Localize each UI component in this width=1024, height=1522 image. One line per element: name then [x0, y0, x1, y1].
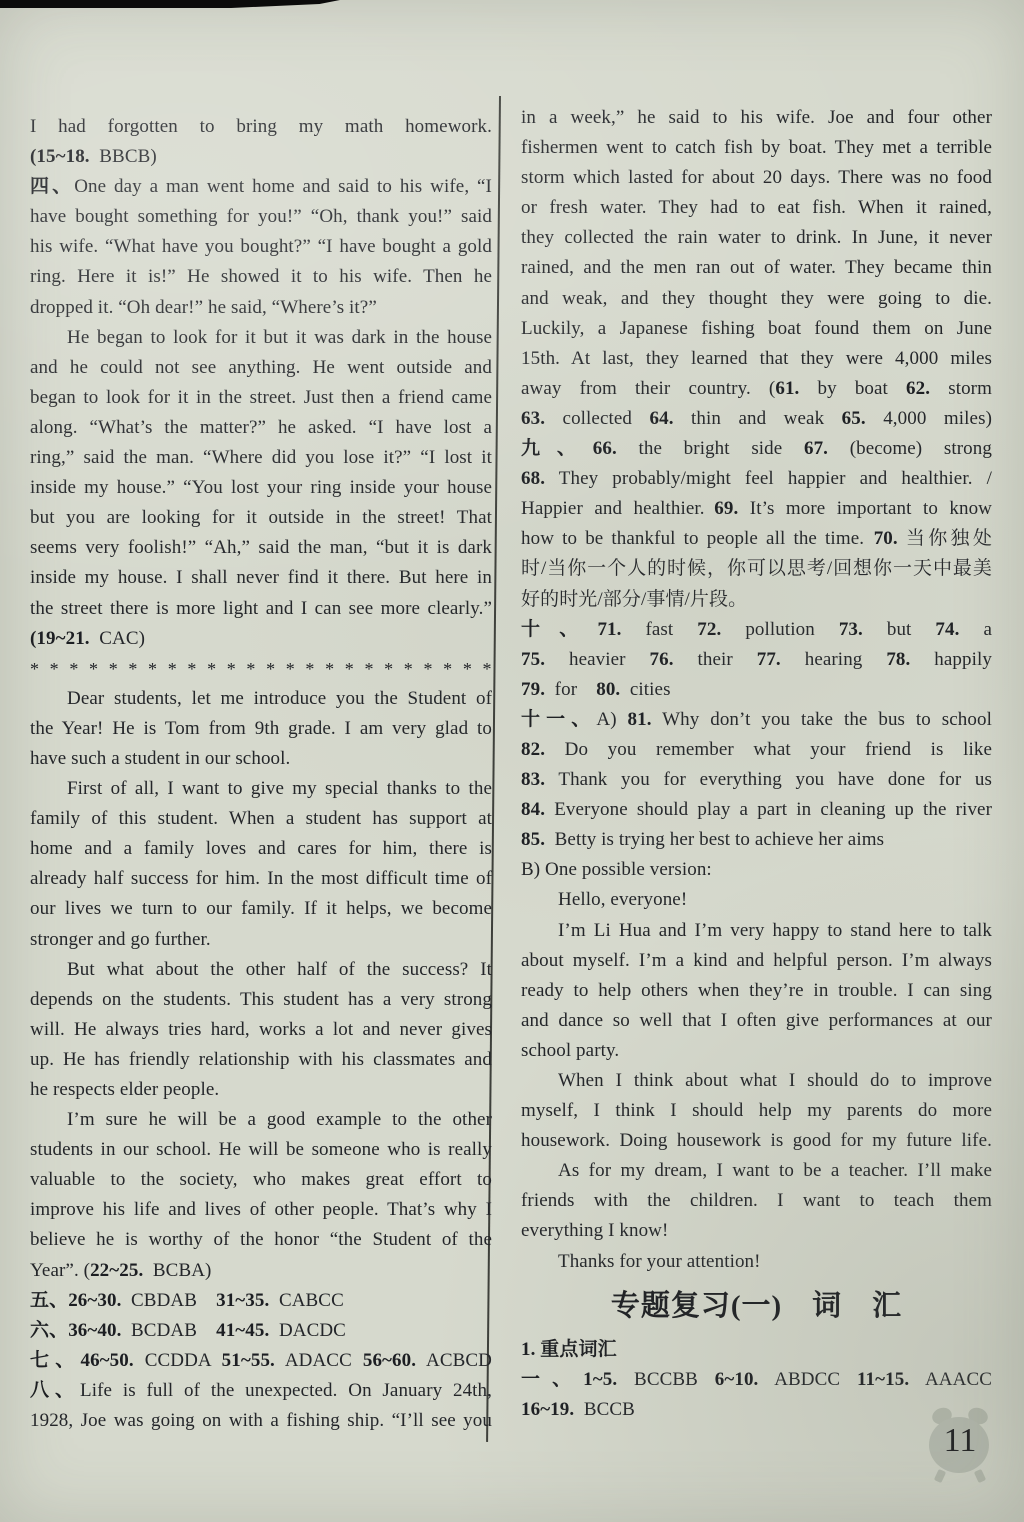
text-line: storm which lasted for about 20 days. Th…: [521, 163, 992, 193]
text-line: 时/当你一个人的时候，你可以思考/回想你一天中最美: [521, 554, 992, 584]
text-line: When I think about what I should do to i…: [521, 1066, 992, 1096]
text-line: I’m Li Hua and I’m very happy to stand h…: [521, 916, 992, 946]
text-line: fishermen went to catch fish by boat. Th…: [521, 133, 992, 163]
text-line: 16~19. BCCB: [521, 1395, 992, 1425]
text-line: Thanks for your attention!: [521, 1247, 992, 1277]
text-line: 四、One day a man went home and said to hi…: [30, 172, 492, 202]
text-line: family of this student. When a student h…: [30, 804, 492, 834]
text-line: 一、1~5. BCCBB 6~10. ABDCC 11~15. AAACC: [521, 1365, 992, 1395]
text-line: the street there is more light and I can…: [30, 594, 492, 624]
text-line: 十、71. fast 72. pollution 73. but 74. a: [521, 615, 992, 645]
text-line: depends on the students. This student ha…: [30, 985, 492, 1015]
separator-stars: * * * * * * * * * * * * * * * * * * * * …: [30, 654, 492, 684]
text-line: inside my house. I shall never find it t…: [30, 563, 492, 593]
text-line: 1. 重点词汇: [521, 1335, 992, 1365]
text-line: 15th. At last, they learned that they we…: [521, 344, 992, 374]
text-line: ring. Here it is!” He showed it to his w…: [30, 262, 492, 292]
text-line: about myself. I’m a kind and helpful per…: [521, 946, 992, 976]
text-line: away from their country. (61. by boat 62…: [521, 374, 992, 404]
text-line: 68. They probably/might feel happier and…: [521, 464, 992, 494]
text-line: 1928, Joe was going on with a fishing sh…: [30, 1406, 492, 1436]
text-line: 好的时光/部分/事情/片段。: [521, 585, 992, 615]
left-column: I had forgotten to bring my math homewor…: [30, 112, 492, 1436]
page-number-badge: 11: [926, 1408, 994, 1484]
text-line: 六、36~40. BCDAB 41~45. DACDC: [30, 1316, 492, 1346]
text-line: will. He always tries hard, works a lot …: [30, 1015, 492, 1045]
text-line: Dear students, let me introduce you the …: [30, 684, 492, 714]
text-line: and dance so well that I often give perf…: [521, 1006, 992, 1036]
text-line: Hello, everyone!: [521, 885, 992, 915]
text-line: 八、Life is full of the unexpected. On Jan…: [30, 1376, 492, 1406]
text-line: school party.: [521, 1036, 992, 1066]
text-line: ring,” said the man. “Where did you lose…: [30, 443, 492, 473]
text-line: ready to help others when they’re in tro…: [521, 976, 992, 1006]
text-line: rained, and the men ran out of water. Th…: [521, 253, 992, 283]
text-line: 九、66. the bright side 67. (become) stron…: [521, 434, 992, 464]
text-line: up. He has friendly relationship with hi…: [30, 1045, 492, 1075]
text-line: 75. heavier 76. their 77. hearing 78. ha…: [521, 645, 992, 675]
text-line: improve his life and lives of other peop…: [30, 1195, 492, 1225]
text-line: or fresh water. They had to eat fish. Wh…: [521, 193, 992, 223]
text-line: and he could not see anything. He went o…: [30, 353, 492, 383]
text-line: believe he is worthy of the honor “the S…: [30, 1225, 492, 1255]
text-line: 85. Betty is trying her best to achieve …: [521, 825, 992, 855]
text-line: he respects elder people.: [30, 1075, 492, 1105]
text-line: (19~21. CAC): [30, 624, 492, 654]
text-line: He began to look for it but it was dark …: [30, 323, 492, 353]
text-line: along. “What’s the matter?” he asked. “I…: [30, 413, 492, 443]
text-line: 84. Everyone should play a part in clean…: [521, 795, 992, 825]
text-line: I’m sure he will be a good example to th…: [30, 1105, 492, 1135]
text-line: myself, I think I should help my parents…: [521, 1096, 992, 1126]
text-line: housework. Doing housework is good for m…: [521, 1126, 992, 1156]
text-line: stronger and go further.: [30, 925, 492, 955]
text-line: Year”. (22~25. BCBA): [30, 1256, 492, 1286]
text-line: valuable to the society, who makes great…: [30, 1165, 492, 1195]
text-line: home and a family loves and cares for hi…: [30, 834, 492, 864]
text-line: 十一、A) 81. Why don’t you take the bus to …: [521, 705, 992, 735]
text-line: how to be thankful to people all the tim…: [521, 524, 992, 554]
text-line: As for my dream, I want to be a teacher.…: [521, 1156, 992, 1186]
text-line: they collected the rain water to drink. …: [521, 223, 992, 253]
scan-edge-artifact: [0, 0, 340, 8]
text-line: in a week,” he said to his wife. Joe and…: [521, 103, 992, 133]
text-line: 83. Thank you for everything you have do…: [521, 765, 992, 795]
text-line: 79. for 80. cities: [521, 675, 992, 705]
text-line: but you are looking for it outside in th…: [30, 503, 492, 533]
text-line: our lives we turn to our family. If it h…: [30, 894, 492, 924]
text-line: (15~18. BBCB): [30, 142, 492, 172]
text-line: began to look for it in the street. Just…: [30, 383, 492, 413]
scanned-book-page: I had forgotten to bring my math homewor…: [0, 0, 1024, 1522]
text-line: have such a student in our school.: [30, 744, 492, 774]
text-line: seems very foolish!” “Ah,” said the man,…: [30, 533, 492, 563]
text-line: 七、46~50. CCDDA 51~55. ADACC 56~60. ACBCD: [30, 1346, 492, 1376]
page-number: 11: [926, 1422, 994, 1460]
text-line: 63. collected 64. thin and weak 65. 4,00…: [521, 404, 992, 434]
text-line: everything I know!: [521, 1216, 992, 1246]
text-line: Luckily, a Japanese fishing boat found t…: [521, 314, 992, 344]
text-line: But what about the other half of the suc…: [30, 955, 492, 985]
right-column: in a week,” he said to his wife. Joe and…: [521, 103, 992, 1425]
text-line: 82. Do you remember what your friend is …: [521, 735, 992, 765]
section-heading: 专题复习(一) 词 汇: [521, 1277, 992, 1335]
text-line: I had forgotten to bring my math homewor…: [30, 112, 492, 142]
text-line: First of all, I want to give my special …: [30, 774, 492, 804]
text-line: and weak, and they thought they were goi…: [521, 284, 992, 314]
text-line: B) One possible version:: [521, 855, 992, 885]
text-line: dropped it. “Oh dear!” he said, “Where’s…: [30, 293, 492, 323]
text-line: friends with the children. I want to tea…: [521, 1186, 992, 1216]
text-line: already half success for him. In the mos…: [30, 864, 492, 894]
text-line: have bought something for you!” “Oh, tha…: [30, 202, 492, 232]
text-line: his wife. “What have you bought?” “I hav…: [30, 232, 492, 262]
text-line: students in our school. He will be someo…: [30, 1135, 492, 1165]
text-line: the Year! He is Tom from 9th grade. I am…: [30, 714, 492, 744]
text-line: 五、26~30. CBDAB 31~35. CABCC: [30, 1286, 492, 1316]
text-line: Happier and healthier. 69. It’s more imp…: [521, 494, 992, 524]
text-line: inside my house.” “You lost your ring in…: [30, 473, 492, 503]
